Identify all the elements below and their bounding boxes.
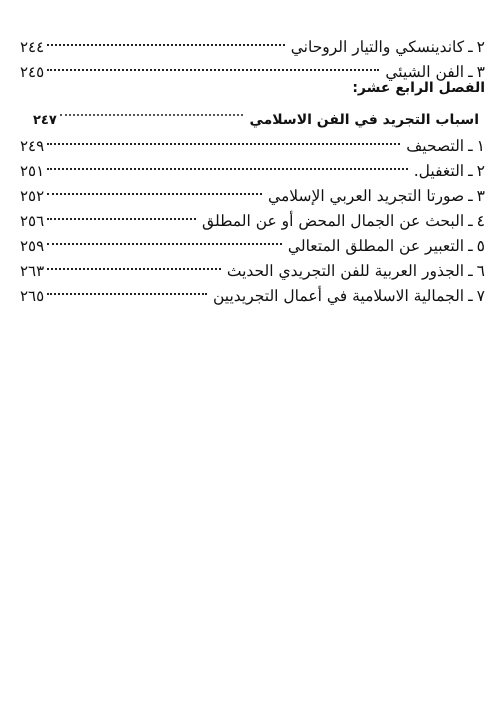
entry-title: التغفيل.: [414, 159, 464, 184]
entry-separator: ـ: [464, 35, 477, 60]
entry-title: الجذور العربية للفن التجريدي الحديث: [227, 259, 464, 284]
entry-page-number: ٢٦٣: [20, 259, 44, 284]
dot-leader: [47, 176, 262, 201]
entry-page-number: ٢٥١: [20, 159, 44, 184]
entry-title: التصحيف: [406, 134, 464, 159]
entry-number: ٣: [477, 184, 485, 209]
entry-page-number: ٢٤٥: [20, 60, 44, 85]
entry-page-number: ٢٤٤: [20, 35, 44, 60]
entry-page-number: ٢٤٩: [20, 134, 44, 159]
entry-number: ٤: [477, 209, 485, 234]
dot-leader: [47, 52, 379, 77]
dot-leader: [47, 151, 408, 176]
table-of-contents: ٢ ـ كاندينسكي والتيار الروحاني ٢٤٤ ٣ ـ ا…: [20, 27, 485, 301]
dot-leader: [47, 226, 282, 251]
entry-page-number: ٢٥٦: [20, 209, 44, 234]
dot-leader: [47, 201, 196, 226]
entry-page-number: ٢٥٩: [20, 234, 44, 259]
dot-leader: [47, 276, 207, 301]
entry-number: ٧: [477, 284, 485, 309]
entry-separator: ـ: [464, 209, 477, 234]
entry-separator: ـ: [464, 134, 477, 159]
dot-leader: [47, 27, 285, 52]
entry-separator: ـ: [464, 234, 477, 259]
entry-number: ٦: [477, 259, 485, 284]
entry-separator: ـ: [464, 284, 477, 309]
dot-leader: [47, 126, 400, 151]
entry-separator: ـ: [464, 184, 477, 209]
dot-leader: [47, 251, 221, 276]
entry-page-number: ٢٦٥: [20, 284, 44, 309]
entry-title: الجمالية الاسلامية في أعمال التجريديين: [213, 284, 464, 309]
section-heading-entry[interactable]: اسباب التجريد في الفن الاسلامي ٢٤٧: [20, 99, 485, 126]
entry-number: ٥: [477, 234, 485, 259]
toc-entry[interactable]: ٢ ـ كاندينسكي والتيار الروحاني ٢٤٤: [20, 27, 485, 52]
entry-title: التعبير عن المطلق المتعالي: [288, 234, 464, 259]
entry-separator: ـ: [464, 159, 477, 184]
entry-number: ٢: [477, 35, 485, 60]
entry-title: صورتا التجريد العربي الإسلامي: [268, 184, 464, 209]
entry-page-number: ٢٥٢: [20, 184, 44, 209]
dot-leader: [60, 99, 244, 124]
chapter-heading: الفصل الرابع عشر:: [20, 77, 485, 99]
entry-number: ١: [477, 134, 485, 159]
entry-number: ٢: [477, 159, 485, 184]
entry-separator: ـ: [464, 259, 477, 284]
